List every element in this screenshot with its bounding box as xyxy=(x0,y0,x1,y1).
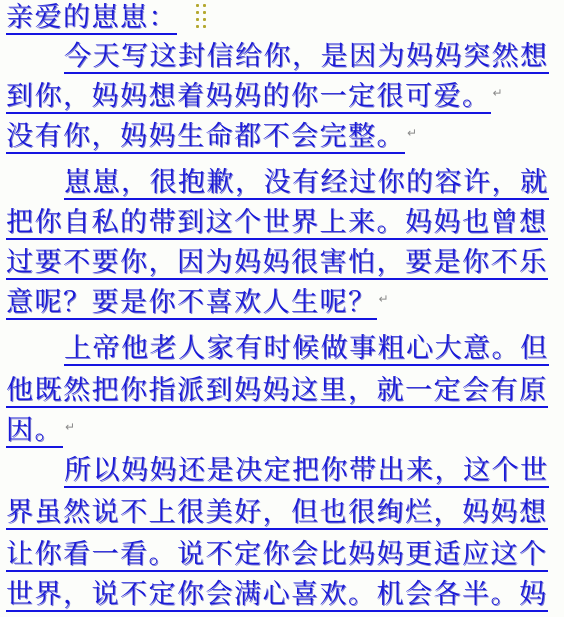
paragraph-mark-icon: ↵ xyxy=(407,126,419,140)
text-line: 界虽然说不上很美好，但也很绚烂，妈妈想 xyxy=(6,496,548,530)
text-line: 把你自私的带到这个世界上来。妈妈也曾想 xyxy=(6,206,548,240)
salutation: 亲爱的崽崽： xyxy=(6,3,177,35)
text-line: 让你看一看。说不定你会比妈妈更适应这个 xyxy=(6,538,548,572)
salutation-line: 亲爱的崽崽： xyxy=(6,1,177,35)
text-line: 因。↵ xyxy=(6,414,77,448)
text-line: 所以妈妈还是决定把你带出来，这个世 xyxy=(64,454,549,488)
text-line: 今天写这封信给你，是因为妈妈突然想 xyxy=(64,40,549,74)
text-line: 他既然把你指派到妈妈这里，就一定会有原 xyxy=(6,374,548,408)
text-line: 意呢？要是你不喜欢人生呢？↵ xyxy=(6,286,390,320)
text-line: 过要不要你，因为妈妈很害怕，要是你不乐 xyxy=(6,246,548,280)
text-line: 没有你，妈妈生命都不会完整。↵ xyxy=(6,120,419,154)
text-line: 崽崽，很抱歉，没有经过你的容许，就 xyxy=(64,166,549,200)
paragraph-mark-icon: ↵ xyxy=(493,86,505,100)
text-line: 世界，说不定你会满心喜欢。机会各半。妈 xyxy=(6,578,548,612)
text-line: 上帝他老人家有时候做事粗心大意。但 xyxy=(64,332,549,366)
paragraph-mark-icon: ↵ xyxy=(65,420,77,434)
paragraph-mark-icon: ↵ xyxy=(379,292,391,306)
text-anchor-handle-icon[interactable] xyxy=(196,4,210,32)
text-line: 到你，妈妈想着妈妈的你一定很可爱。↵ xyxy=(6,80,504,114)
letter-document[interactable]: 亲爱的崽崽： 今天写这封信给你，是因为妈妈突然想 到你，妈妈想着妈妈的你一定很可… xyxy=(0,0,564,617)
